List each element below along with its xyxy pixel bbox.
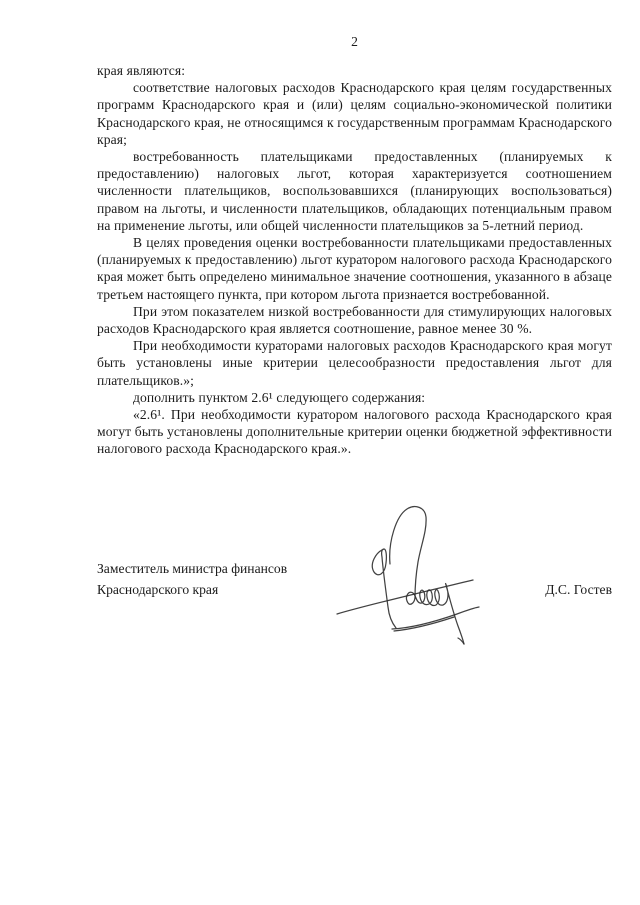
signer-name: Д.С. Гостев bbox=[545, 580, 612, 601]
signature-block: Заместитель министра финансов Краснодарс… bbox=[97, 559, 612, 600]
document-page: 2 края являются: соответствие налоговых … bbox=[0, 0, 640, 905]
signer-title: Заместитель министра финансов Краснодарс… bbox=[97, 559, 287, 600]
paragraph: «2.6¹. При необходимости куратором налог… bbox=[97, 406, 612, 458]
paragraph: востребованность плательщиками предостав… bbox=[97, 148, 612, 234]
paragraph: дополнить пунктом 2.6¹ следующего содерж… bbox=[97, 389, 612, 406]
paragraph: В целях проведения оценки востребованнос… bbox=[97, 234, 612, 303]
signer-title-line1: Заместитель министра финансов bbox=[97, 559, 287, 580]
paragraph-continuation: края являются: bbox=[97, 62, 612, 79]
document-body: края являются: соответствие налоговых ра… bbox=[97, 62, 612, 458]
page-number: 2 bbox=[97, 33, 612, 50]
signer-title-line2: Краснодарского края bbox=[97, 580, 287, 601]
paragraph: соответствие налоговых расходов Краснода… bbox=[97, 79, 612, 148]
paragraph: При необходимости кураторами налоговых р… bbox=[97, 337, 612, 389]
paragraph: При этом показателем низкой востребованн… bbox=[97, 303, 612, 337]
